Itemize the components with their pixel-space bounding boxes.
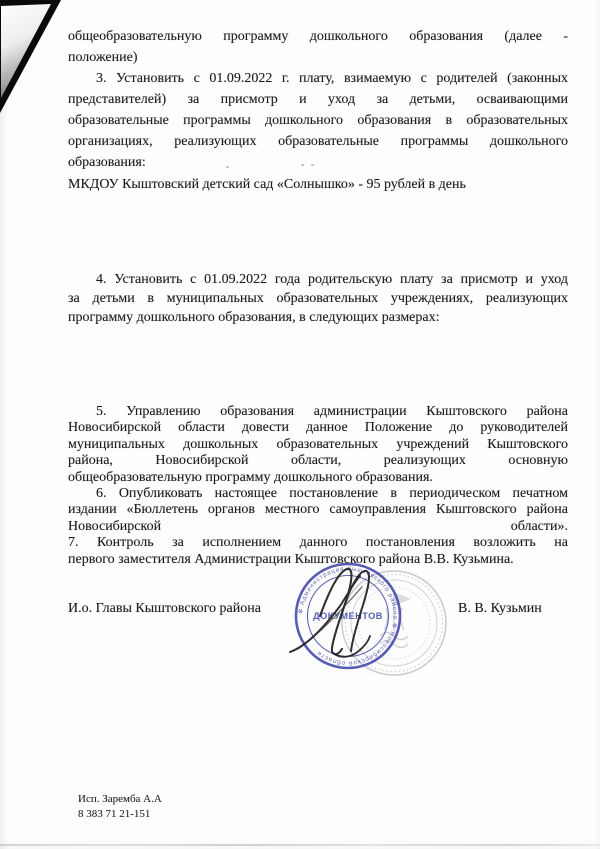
text-line: положение): [68, 47, 568, 68]
footer-executor: Исп. Заремба А.А: [78, 792, 162, 807]
text-block-item4: 4. Установить с 01.09.2022 года родитель…: [68, 270, 568, 327]
text-line: образования:: [68, 152, 568, 173]
text-line: общеобразовательную программу дошкольног…: [68, 26, 568, 47]
page-corner-fold: [0, 0, 70, 120]
text-line: издании «Бюллетень органов местного само…: [68, 502, 568, 518]
text-block-top: общеобразовательную программу дошкольног…: [68, 26, 568, 173]
official-stamp: ✻ Администрация Кыштовского района ✻ Нов…: [248, 556, 473, 691]
paragraph-item3: 3. Установить с 01.09.2022 г. плату, взи…: [68, 68, 568, 173]
stamp-center-text: ДОКУМЕНТОВ: [313, 611, 383, 621]
scanned-document-page: общеобразовательную программу дошкольног…: [0, 0, 600, 849]
text-line: общеобразовательную программу дошкольног…: [68, 470, 568, 486]
text-line: программу дошкольного образования, в сле…: [68, 308, 568, 327]
blue-stamp: ✻ Администрация Кыштовского района ✻ Нов…: [296, 564, 400, 668]
kindergarten-rate-line: МКДОУ Кыштовский детский сад «Солнышко» …: [68, 177, 466, 193]
text-line: 3. Установить с 01.09.2022 г. плату, взи…: [68, 68, 568, 89]
text-block-items5-7: 5. Управлению образования администрации …: [68, 404, 568, 568]
paragraph-item4: 4. Установить с 01.09.2022 года родитель…: [68, 270, 568, 327]
text-line: за детьми в муниципальных образовательны…: [68, 289, 568, 308]
text-line: муниципальных дошкольных образовательных…: [68, 437, 568, 453]
footer-phone: 8 383 71 21-151: [78, 807, 150, 822]
text-line: 4. Установить с 01.09.2022 года родитель…: [68, 270, 568, 289]
text-line: Новосибирской области довести данное Пол…: [68, 420, 568, 436]
text-line: района, Новосибирской области, реализующ…: [68, 453, 568, 469]
text-line: 6. Опубликовать настоящее постановление …: [68, 486, 568, 502]
text-line: Новосибирской области».: [68, 519, 568, 535]
stamp-area: ✻ Администрация Кыштовского района ✻ Нов…: [248, 556, 473, 696]
text-line: 5. Управлению образования администрации …: [68, 404, 568, 420]
text-line: представителей) за присмотр и уход за де…: [68, 89, 568, 110]
scan-bottom-edge: [0, 844, 600, 846]
signature-title: И.о. Главы Кыштовского района: [68, 601, 261, 617]
paragraph-item5: 5. Управлению образования администрации …: [68, 404, 568, 486]
text-line: организациях, реализующих образовательны…: [68, 131, 568, 152]
paragraph-intro: общеобразовательную программу дошкольног…: [68, 26, 568, 68]
text-line: образовательные программы дошкольного об…: [68, 110, 568, 131]
text-line: 7. Контроль за исполнением данного поста…: [68, 535, 568, 551]
